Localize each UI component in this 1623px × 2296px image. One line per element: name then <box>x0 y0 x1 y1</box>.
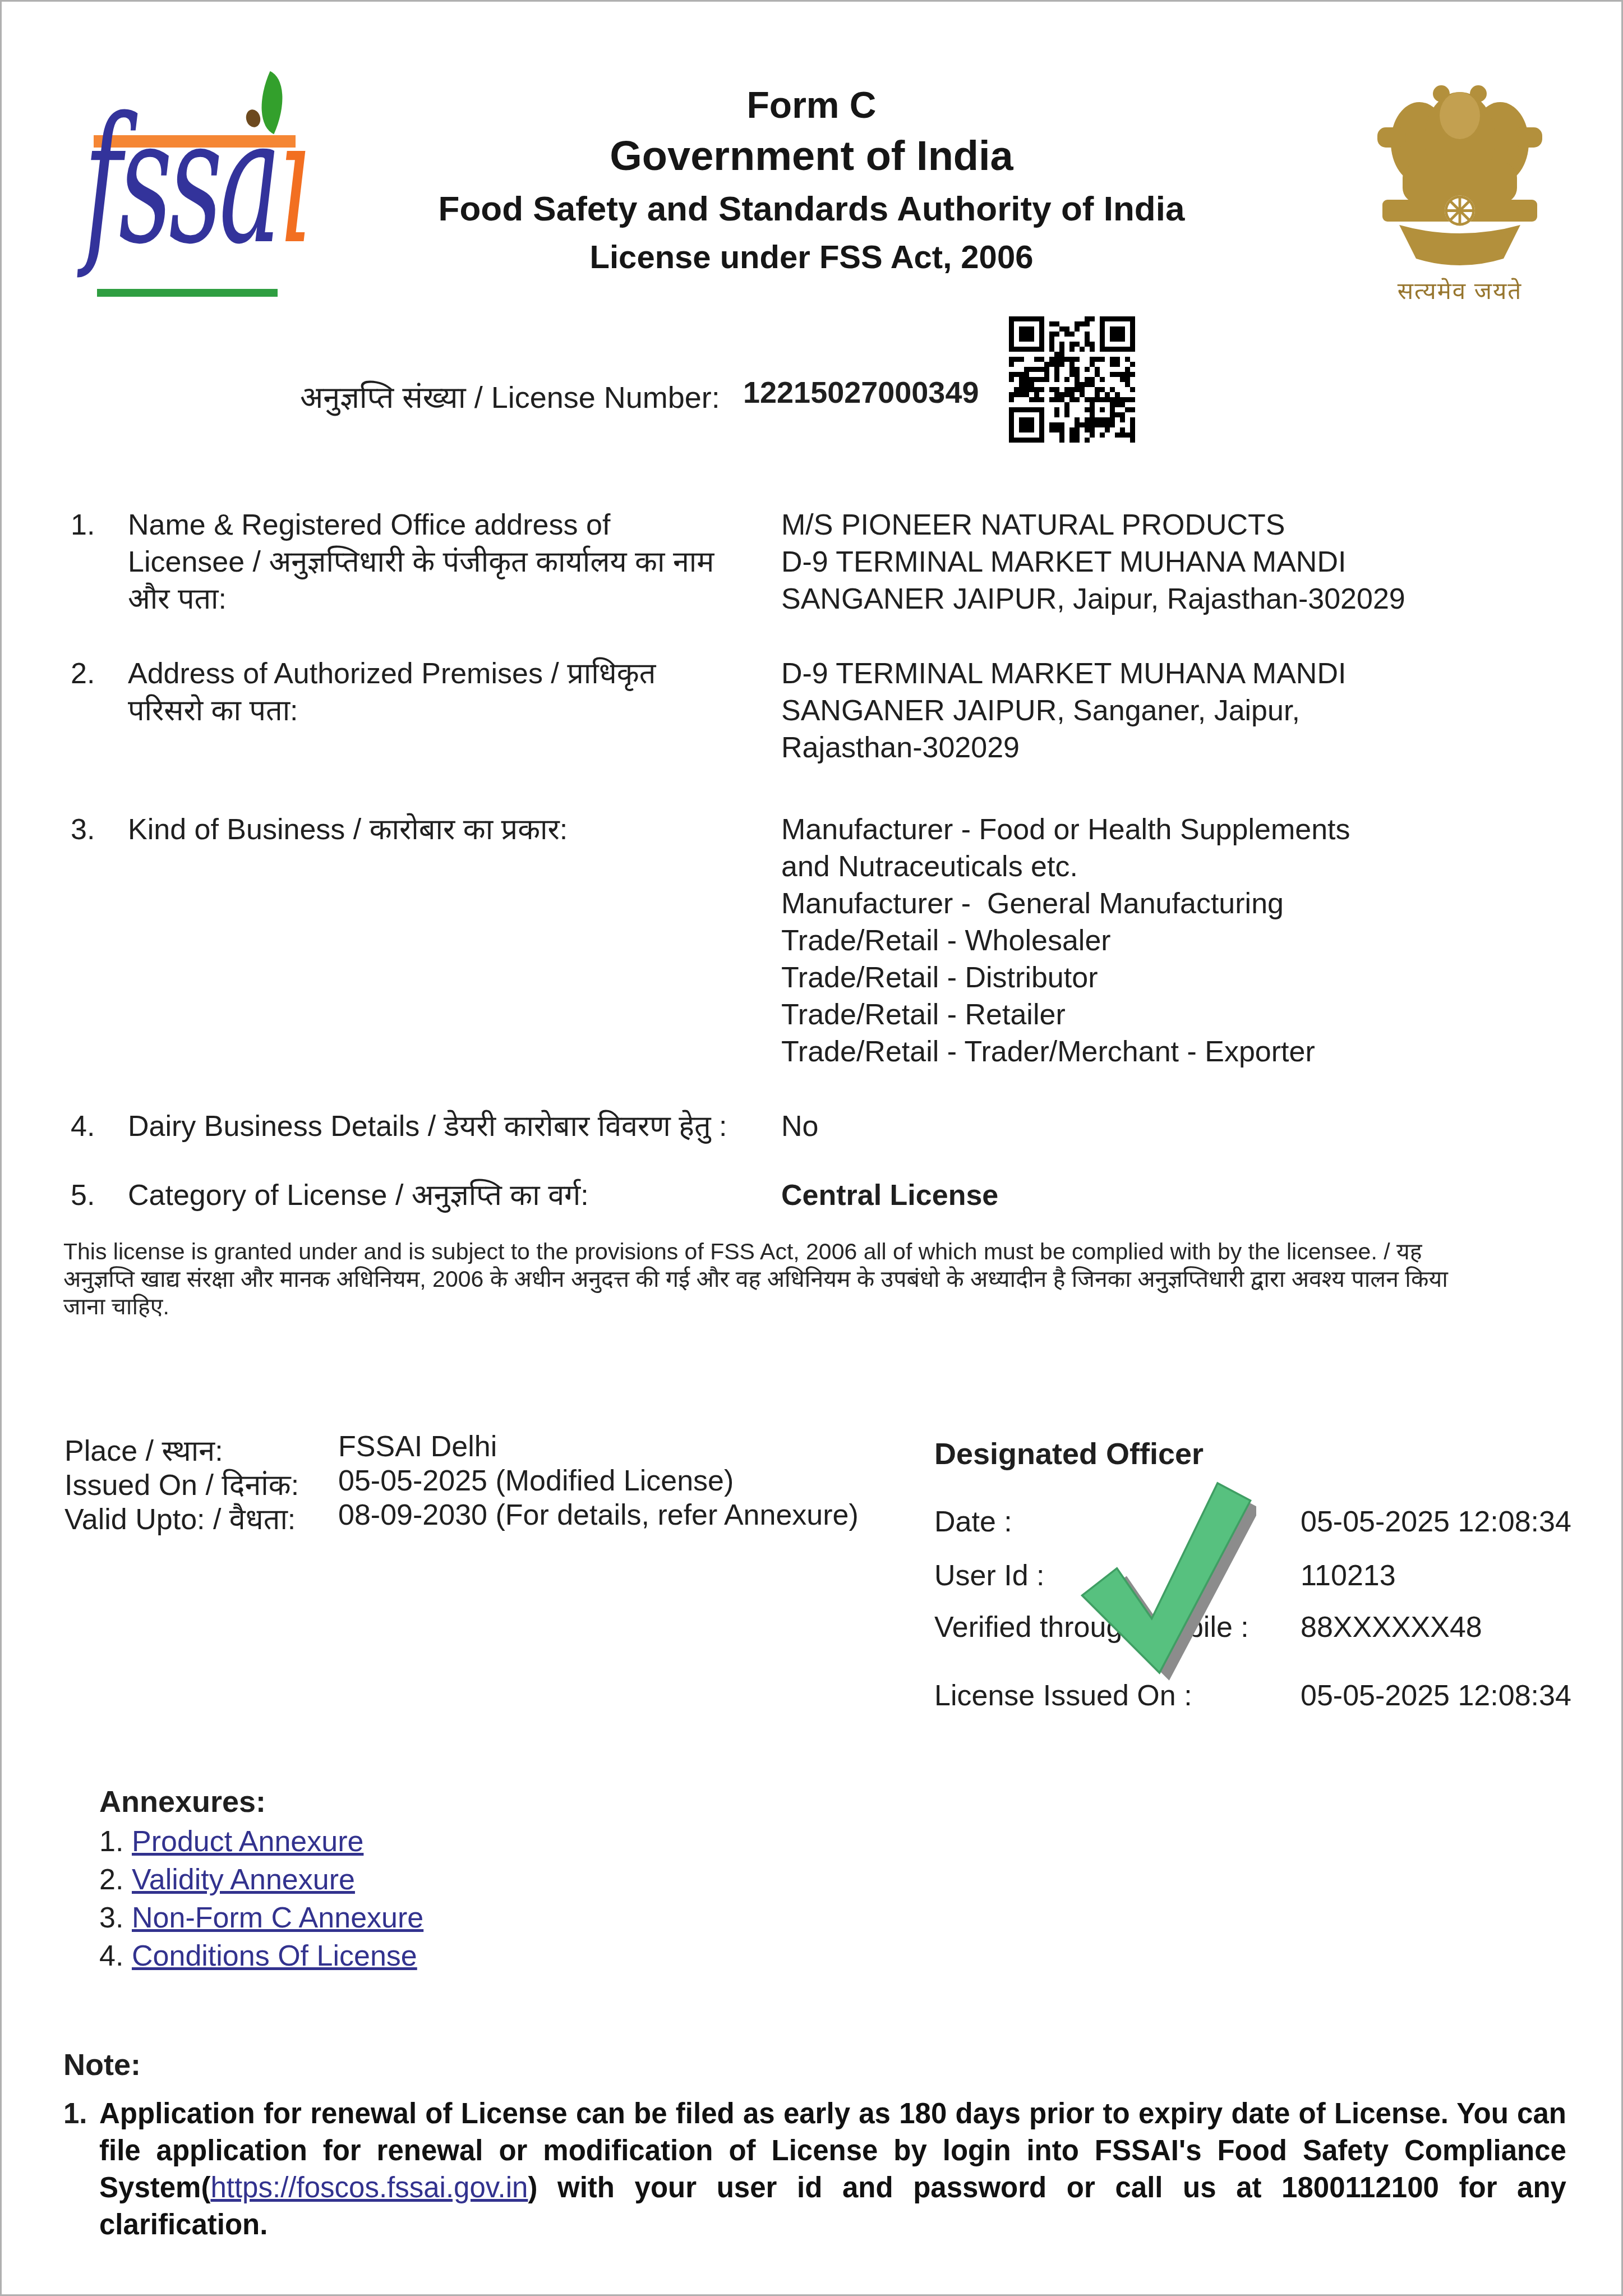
field-label: Category of License / अनुज्ञप्ति का वर्ग… <box>128 1177 589 1214</box>
field-value: D-9 TERMINAL MARKET MUHANA MANDISANGANER… <box>781 655 1346 766</box>
field-number: 1. <box>71 507 95 544</box>
field-value-line: D-9 TERMINAL MARKET MUHANA MANDI <box>781 655 1346 692</box>
field-value: No <box>781 1108 818 1145</box>
designated-officer-heading: Designated Officer <box>934 1437 1204 1471</box>
field-value-line: Trade/Retail - Retailer <box>781 996 1350 1033</box>
field-label-line: Name & Registered Office address of <box>128 507 714 544</box>
annexures-section: Annexures: 1.Product Annexure2.Validity … <box>99 1781 423 1975</box>
field-label-line: परिसरो का पता: <box>128 692 656 729</box>
field-value-line: Trade/Retail - Distributor <box>781 959 1350 996</box>
officer-label: User Id : <box>934 1559 1045 1593</box>
annexure-link-4[interactable]: Conditions Of License <box>132 1940 417 1972</box>
issue-value: 08-09-2030 (For details, refer Annexure) <box>338 1498 859 1532</box>
officer-value: 05-05-2025 12:08:34 <box>1301 1679 1571 1713</box>
field-value-line: Rajasthan-302029 <box>781 729 1346 766</box>
field-number: 5. <box>71 1177 95 1214</box>
issue-label: Valid Upto: / वैधता: <box>64 1498 296 1538</box>
field-value-line: SANGANER JAIPUR, Jaipur, Rajasthan-30202… <box>781 581 1405 618</box>
field-label-line: Licensee / अनुज्ञप्तिधारी के पंजीकृत कार… <box>128 544 714 581</box>
field-label-line: Category of License / अनुज्ञप्ति का वर्ग… <box>128 1177 589 1214</box>
annexures-heading: Annexures: <box>99 1781 423 1823</box>
lion-capital-icon <box>1359 65 1561 271</box>
field-label: Name & Registered Office address ofLicen… <box>128 507 714 618</box>
field-number: 2. <box>71 655 95 692</box>
satyameva-jayate-caption: सत्यमेव जयते <box>1342 274 1578 306</box>
field-value-line: D-9 TERMINAL MARKET MUHANA MANDI <box>781 544 1405 581</box>
field-value-line: Trade/Retail - Wholesaler <box>781 922 1350 959</box>
license-number-value: 12215027000349 <box>743 375 979 410</box>
field-value-line: Manufacturer - Food or Health Supplement… <box>781 811 1350 848</box>
annexure-item-4: 4.Conditions Of License <box>99 1937 423 1975</box>
issue-value: 05-05-2025 (Modified License) <box>338 1464 734 1498</box>
field-number: 4. <box>71 1108 95 1145</box>
annexure-item-2: 2.Validity Annexure <box>99 1861 423 1899</box>
note-item-text: Application for renewal of License can b… <box>99 2095 1566 2243</box>
field-value-line: M/S PIONEER NATURAL PRODUCTS <box>781 507 1405 544</box>
field-value-line: and Nutraceuticals etc. <box>781 848 1350 885</box>
note-item: 1. Application for renewal of License ca… <box>63 2095 1566 2243</box>
annexure-number: 4. <box>99 1937 132 1975</box>
field-label-line: और पता: <box>128 581 714 618</box>
field-number: 3. <box>71 811 95 848</box>
field-value-line: SANGANER JAIPUR, Sanganer, Jaipur, <box>781 692 1346 729</box>
india-emblem-icon: सत्यमेव जयते <box>1342 65 1578 323</box>
field-value: M/S PIONEER NATURAL PRODUCTSD-9 TERMINAL… <box>781 507 1405 618</box>
fssai-license-document: fssaı Form C Government of India Food Sa… <box>0 0 1623 2296</box>
note-section: Note: 1. Application for renewal of Lice… <box>63 2042 1566 2243</box>
note-item-number: 1. <box>63 2095 99 2243</box>
field-value: Manufacturer - Food or Health Supplement… <box>781 811 1350 1070</box>
note-heading: Note: <box>63 2042 1566 2087</box>
annexure-link-3[interactable]: Non-Form C Annexure <box>132 1902 423 1934</box>
field-label-line: Dairy Business Details / डेयरी कारोबार व… <box>128 1108 727 1145</box>
license-number-label: अनुज्ञप्ति संख्या / License Number: <box>300 375 720 417</box>
annexure-items: 1.Product Annexure2.Validity Annexure3.N… <box>99 1823 423 1975</box>
field-label: Kind of Business / कारोबार का प्रकार: <box>128 811 568 848</box>
field-value-line: Trade/Retail - Trader/Merchant - Exporte… <box>781 1033 1350 1070</box>
annexure-number: 1. <box>99 1823 132 1861</box>
annexure-link-1[interactable]: Product Annexure <box>132 1825 363 1858</box>
field-value-line: No <box>781 1108 818 1145</box>
qr-code <box>1008 316 1136 444</box>
field-label: Address of Authorized Premises / प्राधिक… <box>128 655 656 729</box>
officer-label: Date : <box>934 1505 1012 1539</box>
logo-green-bar <box>97 289 278 297</box>
officer-value: 110213 <box>1301 1559 1396 1593</box>
verified-check-icon <box>1063 1471 1256 1685</box>
foscos-link[interactable]: https://foscos.fssai.gov.in <box>210 2171 528 2203</box>
officer-value: 05-05-2025 12:08:34 <box>1301 1505 1571 1539</box>
issue-value: FSSAI Delhi <box>338 1430 497 1464</box>
officer-value: 88XXXXXX48 <box>1301 1611 1482 1644</box>
annexure-number: 3. <box>99 1899 132 1937</box>
field-value-line: Manufacturer - General Manufacturing <box>781 885 1350 922</box>
field-value-line: Central License <box>781 1177 998 1214</box>
annexure-link-2[interactable]: Validity Annexure <box>132 1864 355 1896</box>
field-label-line: Kind of Business / कारोबार का प्रकार: <box>128 811 568 848</box>
annexure-item-3: 3.Non-Form C Annexure <box>99 1899 423 1937</box>
annexure-number: 2. <box>99 1861 132 1899</box>
grant-statement: This license is granted under and is sub… <box>63 1238 1454 1320</box>
field-label: Dairy Business Details / डेयरी कारोबार व… <box>128 1108 727 1145</box>
annexure-item-1: 1.Product Annexure <box>99 1823 423 1861</box>
field-label-line: Address of Authorized Premises / प्राधिक… <box>128 655 656 692</box>
field-value: Central License <box>781 1177 998 1214</box>
